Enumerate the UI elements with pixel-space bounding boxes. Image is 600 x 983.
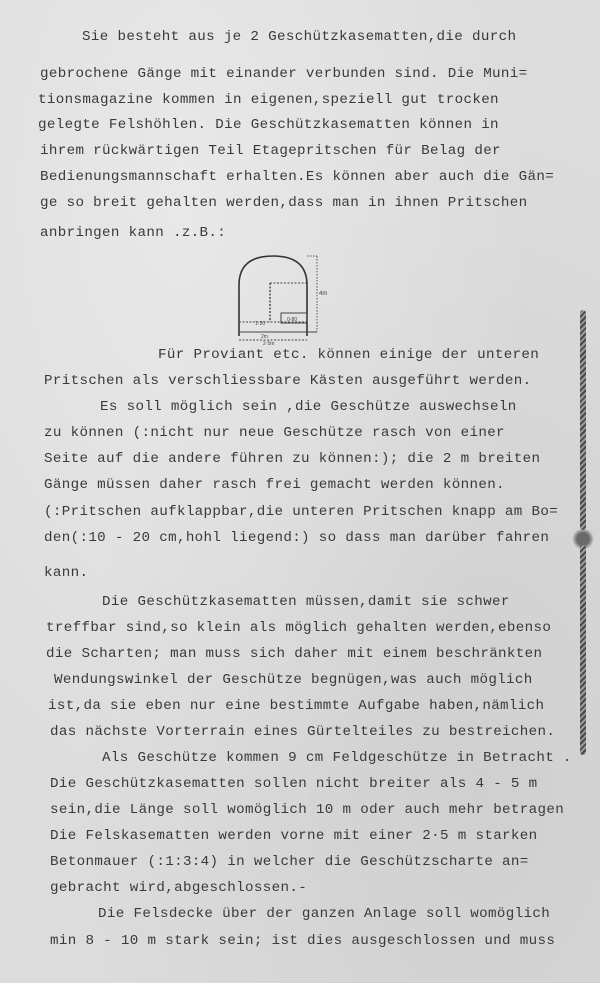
- text-line: Wendungswinkel der Geschütze begnügen,wa…: [54, 673, 533, 687]
- text-line: Die Felsdecke über der ganzen Anlage sol…: [98, 907, 550, 921]
- dimension-label: 0·80: [287, 317, 297, 323]
- text-line: Die Felskasematten werden vorne mit eine…: [50, 829, 538, 843]
- text-line: anbringen kann .z.B.:: [40, 226, 226, 240]
- text-line: Als Geschütze kommen 9 cm Feldgeschütze …: [102, 751, 572, 765]
- text-line: Betonmauer (:1:3:4) in welcher die Gesch…: [50, 855, 529, 869]
- text-line: das nächste Vorterrain eines Gürtelteile…: [50, 725, 555, 739]
- text-line: die Scharten; man muss sich daher mit ei…: [46, 647, 542, 661]
- text-line: Es soll möglich sein ,die Geschütze ausw…: [100, 400, 517, 414]
- text-line: (:Pritschen aufklappbar,die unteren Prit…: [44, 505, 558, 519]
- text-line: Die Geschützkasematten sollen nicht brei…: [50, 777, 538, 791]
- scanned-page: Sie besteht aus je 2 Geschützkasematten,…: [0, 0, 600, 983]
- text-line: Die Geschützkasematten müssen,damit sie …: [102, 595, 510, 609]
- text-line: sein,die Länge soll womöglich 10 m oder …: [50, 803, 564, 817]
- text-line: ist,da sie eben nur eine bestimmte Aufga…: [48, 699, 544, 713]
- text-line: Bedienungsmannschaft erhalten.Es können …: [40, 170, 554, 184]
- text-line: kann.: [44, 566, 88, 580]
- dimension-label: 2m: [261, 334, 268, 340]
- text-line: Sie besteht aus je 2 Geschützkasematten,…: [82, 30, 516, 44]
- text-line: ge so breit gehalten werden,dass man in …: [40, 196, 528, 210]
- text-line: tionsmagazine kommen in eigenen,speziell…: [38, 93, 499, 107]
- text-line: treffbar sind,so klein als möglich gehal…: [46, 621, 551, 635]
- text-line: gelegte Felshöhlen. Die Geschützkasematt…: [38, 118, 499, 132]
- text-line: ihrem rückwärtigen Teil Etagepritschen f…: [40, 144, 501, 158]
- text-line: zu können (:nicht nur neue Geschütze ras…: [44, 426, 505, 440]
- text-line: Pritschen als verschliessbare Kästen aus…: [44, 374, 532, 388]
- binding-cord-bottom: [580, 545, 586, 755]
- binding-cord-top: [580, 310, 586, 530]
- text-line: gebrochene Gänge mit einander verbunden …: [40, 67, 528, 81]
- text-line: Für Proviant etc. können einige der unte…: [158, 348, 539, 362]
- text-line: Seite auf die andere führen zu können:);…: [44, 452, 540, 466]
- text-line: den(:10 - 20 cm,hohl liegend:) so dass m…: [44, 531, 549, 545]
- text-line: gebracht wird,abgeschlossen.-: [50, 881, 307, 895]
- text-line: Gänge müssen daher rasch frei gemacht we…: [44, 478, 505, 492]
- casemate-cross-section-diagram: 4m 1·20 0·80 2m 2·5m: [225, 250, 335, 345]
- dimension-label: 2·5m: [263, 341, 274, 345]
- dimension-label: 1·20: [255, 321, 265, 327]
- dimension-label: 4m: [319, 291, 327, 297]
- text-line: min 8 - 10 m stark sein; ist dies ausges…: [50, 934, 555, 948]
